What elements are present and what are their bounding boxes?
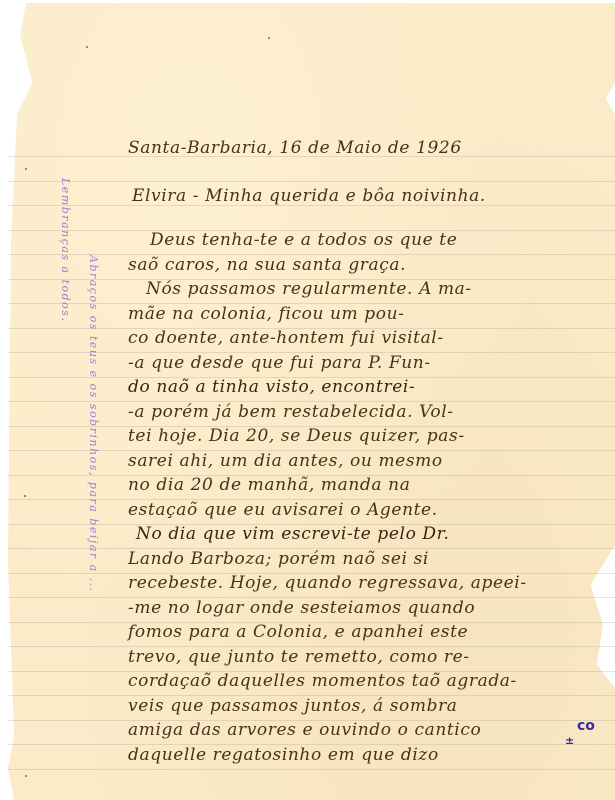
paper-speck <box>25 168 27 170</box>
body-line: No dia que vim escrevi-te pelo Dr. <box>136 526 450 543</box>
body-line: Lando Barboza; porém naõ sei si <box>128 551 429 568</box>
body-line: do naõ a tinha visto, encontrei- <box>128 379 415 396</box>
body-line: tei hoje. Dia 20, se Deus quizer, pas- <box>128 428 465 445</box>
body-line: fomos para a Colonia, e apanhei este <box>128 624 468 641</box>
body-line: cordaçaõ daquelles momentos taõ agrada- <box>128 673 517 690</box>
ruled-line <box>8 181 615 182</box>
body-line: -me no logar onde sesteiamos quando <box>128 600 475 617</box>
paper-speck <box>86 46 88 48</box>
margin-note-right: Abraços os teus e os sobrinhos, para bei… <box>87 255 100 593</box>
body-line: mãe na colonia, ficou um pou- <box>128 306 404 323</box>
body-line: -a que desde que fui para P. Fun- <box>128 355 431 372</box>
body-line: veis que passamos juntos, á sombra <box>128 698 458 715</box>
body-line: estaçaõ que eu avisarei o Agente. <box>128 502 438 519</box>
body-line: Nós passamos regularmente. A ma- <box>146 281 472 298</box>
body-line: saõ caros, na sua santa graça. <box>128 257 406 274</box>
body-line: co doente, ante-hontem fui visital- <box>128 330 444 347</box>
body-line: recebeste. Hoje, quando regressava, apee… <box>128 575 527 592</box>
body-line: trevo, que junto te remetto, como re- <box>128 649 470 666</box>
body-line: amiga das arvores e ouvindo o cantico <box>128 722 481 739</box>
ruled-line <box>8 769 615 770</box>
paper-speck <box>25 775 27 777</box>
correction-mark: co <box>577 718 595 734</box>
body-line: no dia 20 de manhã, manda na <box>128 477 410 494</box>
body-line: -a porém já bem restabelecida. Vol- <box>128 404 454 421</box>
margin-note-left: Lembranças a todos. <box>59 178 72 322</box>
body-line: sarei ahi, um dia antes, ou mesmo <box>128 453 443 470</box>
salutation: Elvira - Minha querida e bôa noivinha. <box>132 188 486 205</box>
dateline: Santa-Barbaria, 16 de Maio de 1926 <box>128 140 462 157</box>
body-line: Deus tenha-te e a todos os que te <box>150 232 457 249</box>
paper-speck <box>268 37 270 39</box>
body-line: daquelle regatosinho em que dizo <box>128 747 439 764</box>
paper-speck <box>24 495 26 497</box>
correction-mark: ± <box>565 734 574 747</box>
